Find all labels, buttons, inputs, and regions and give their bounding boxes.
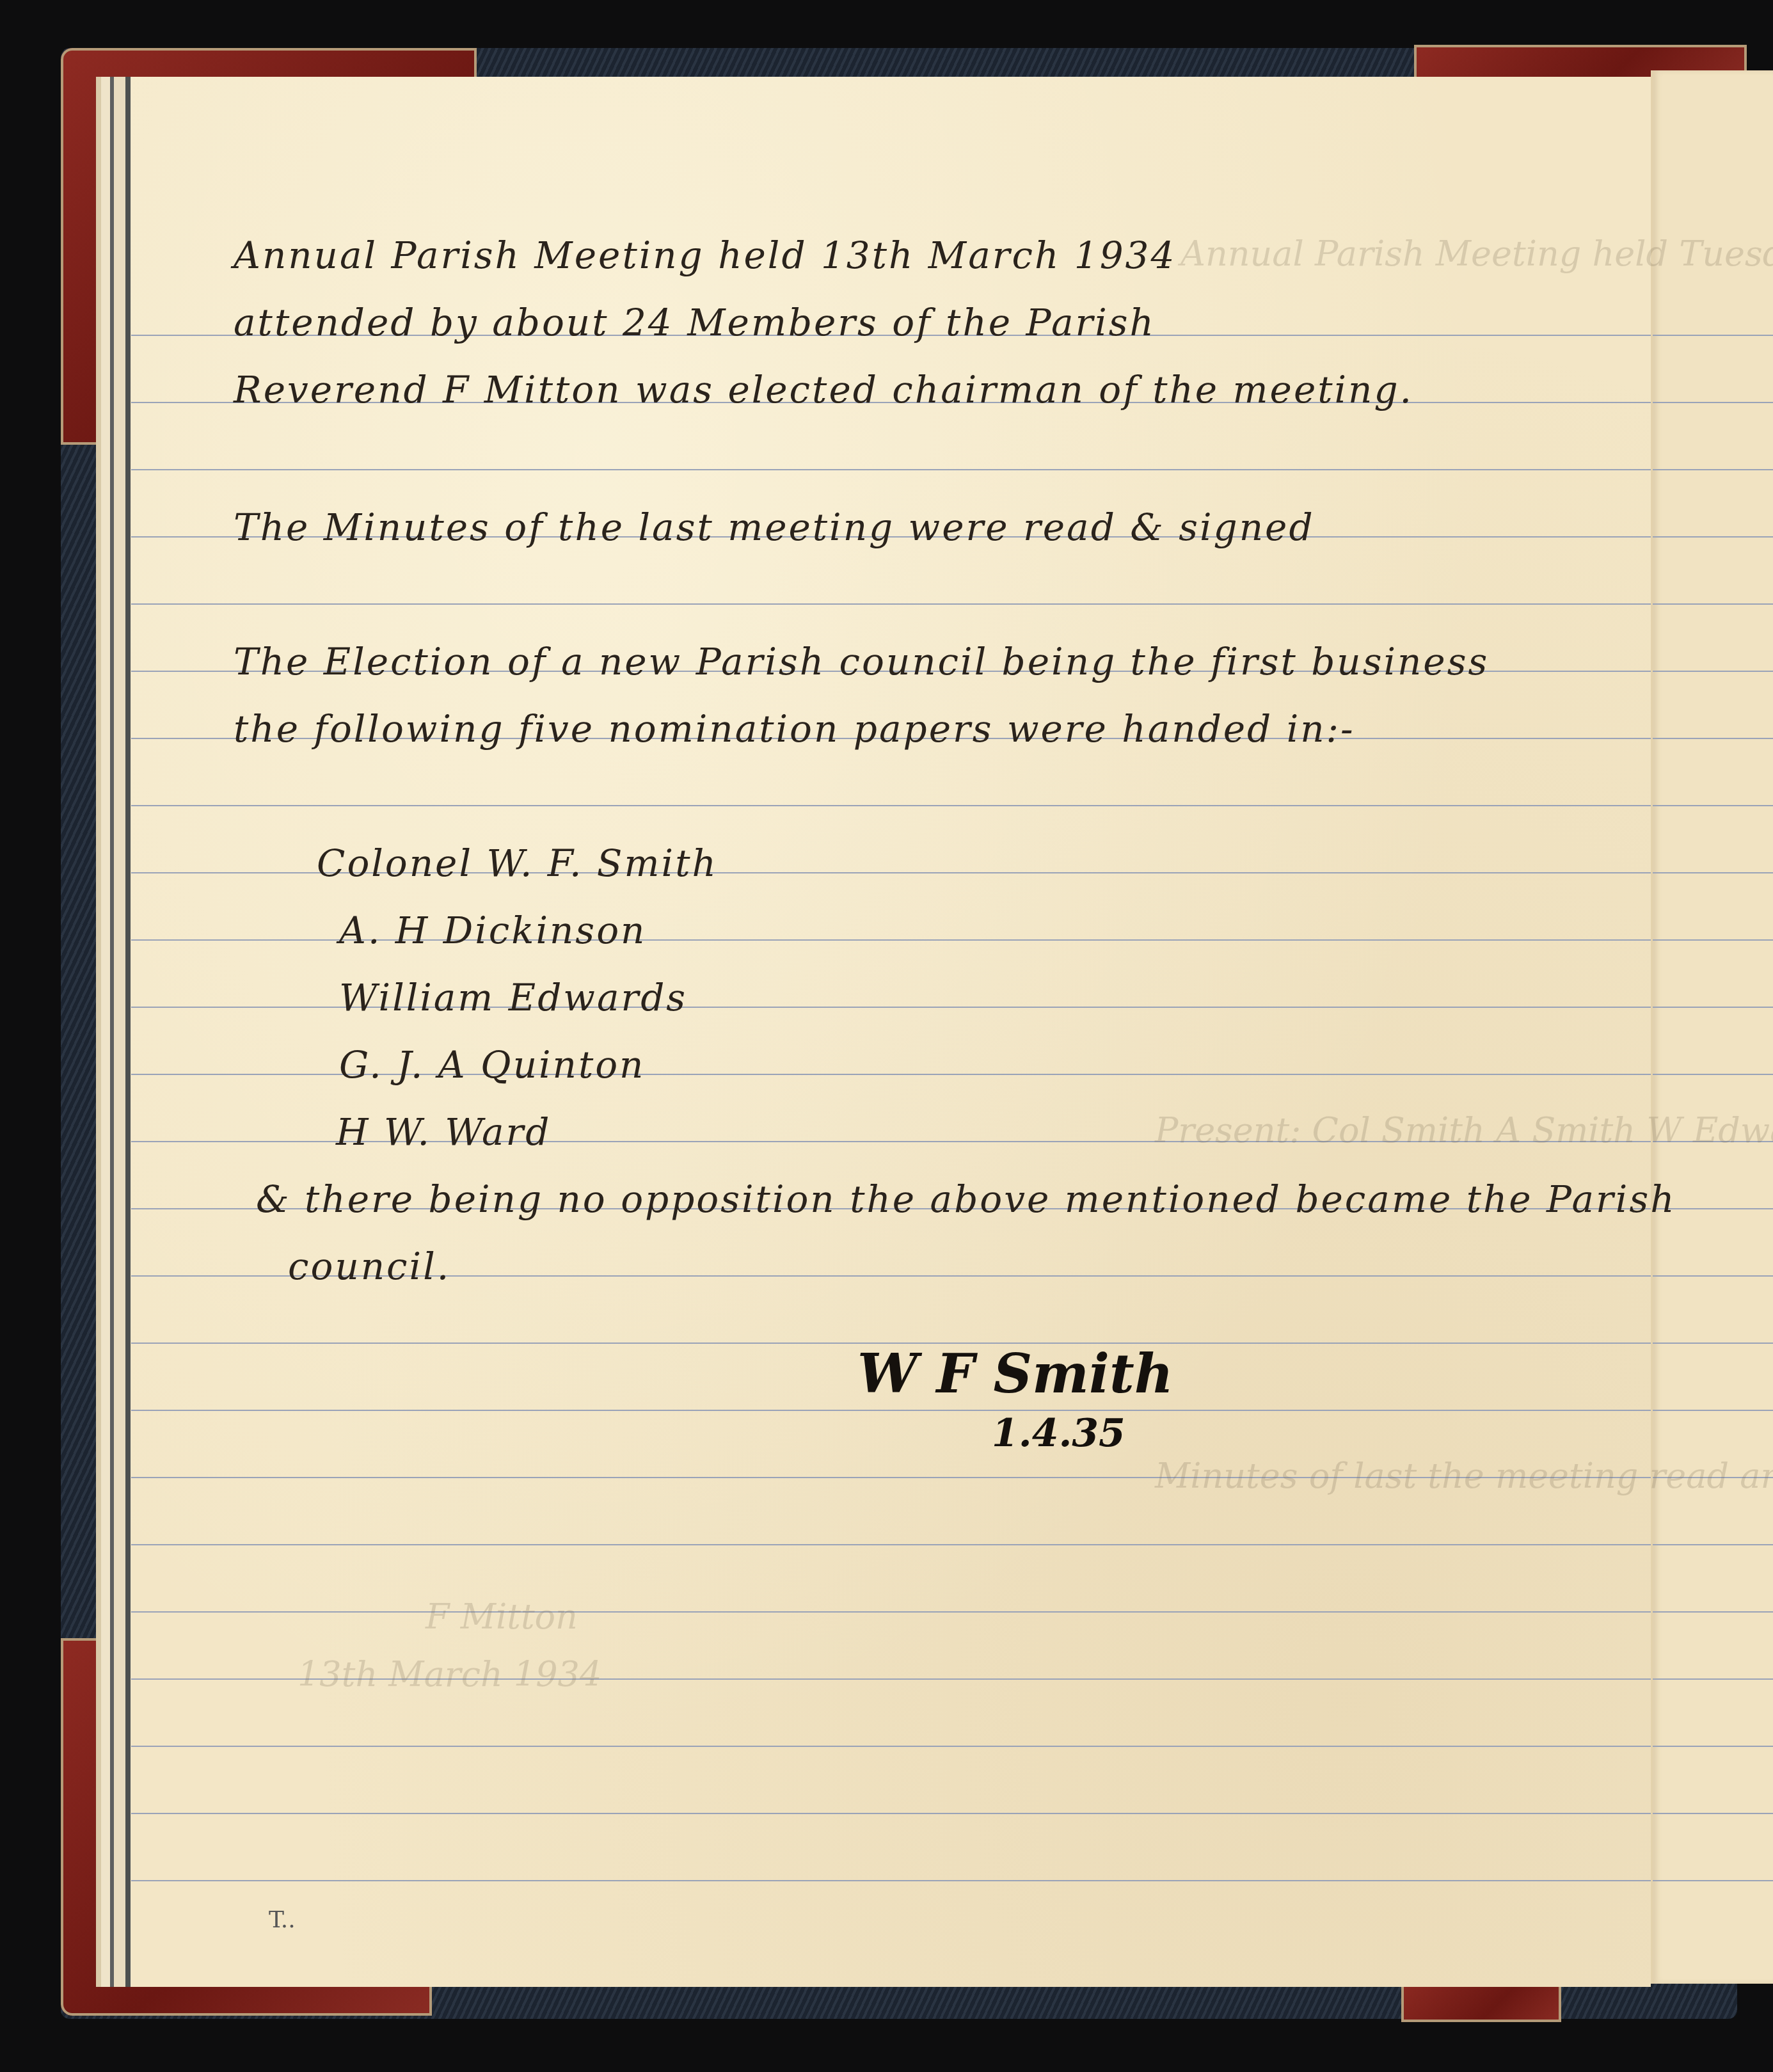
minute-book-page: Annual Parish Meeting held Tuesday 14th … (131, 77, 1651, 1987)
nominee-name: Colonel W. F. Smith (317, 845, 718, 882)
nominee-name: A. H Dickinson (339, 912, 646, 949)
nominee-name: H W. Ward (336, 1113, 551, 1151)
page-stack-edge (96, 77, 134, 1987)
heading-line: Reverend F Mitton was elected chairman o… (234, 371, 1413, 408)
nominee-name: G. J. A Quinton (339, 1046, 645, 1083)
bleed-through-text: F Mitton (425, 1600, 578, 1634)
heading-line: Annual Parish Meeting held 13th March 19… (234, 237, 1176, 274)
closing-line: & there being no opposition the above me… (256, 1181, 1676, 1218)
bleed-through-text: Present: Col Smith A Smith W Edwards G J (1155, 1113, 1773, 1148)
next-page-edge (1651, 70, 1773, 1984)
page-mark: T.. (269, 1907, 296, 1933)
signature: W F Smith (857, 1347, 1173, 1401)
nominee-name: William Edwards (339, 979, 687, 1016)
ruled-lines (1653, 269, 1773, 1933)
bleed-through-text: Annual Parish Meeting held Tuesday 14th … (1181, 237, 1773, 271)
minutes-line: The Minutes of the last meeting were rea… (234, 509, 1315, 546)
election-line: the following five nomination papers wer… (234, 710, 1355, 747)
bleed-through-text: Minutes of last the meeting read and sig… (1155, 1459, 1773, 1494)
election-line: The Election of a new Parish council bei… (234, 643, 1489, 680)
heading-line: attended by about 24 Members of the Pari… (234, 304, 1156, 341)
bleed-through-text: 13th March 1934 (298, 1657, 601, 1692)
closing-line: council. (288, 1248, 450, 1285)
signature-date: 1.4.35 (992, 1414, 1125, 1453)
